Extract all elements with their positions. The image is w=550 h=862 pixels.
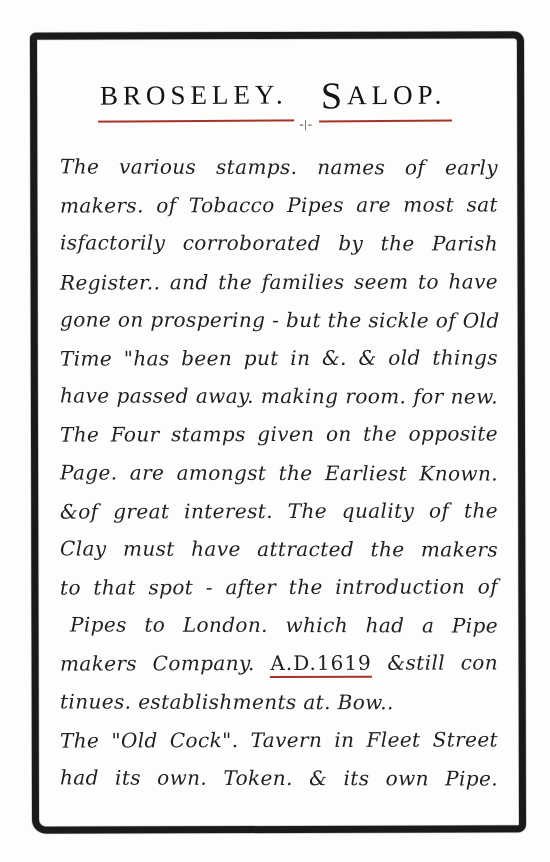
manuscript-line: Clay must have attracted the makers — [60, 531, 498, 570]
manuscript-line: makers Company. A.D.1619 &still con — [60, 646, 498, 685]
manuscript-body: The various stamps. names of early maker… — [60, 150, 498, 799]
manuscript-line: had its own. Token. & its own Pipe. — [60, 760, 498, 799]
page-title: BROSELEY.-|-SALOP. — [0, 80, 550, 132]
manuscript-line: The various stamps. names of early — [60, 149, 498, 188]
manuscript-line: gone on prospering - but the sickle of O… — [60, 302, 498, 341]
manuscript-line: Page. are amongst the Earliest Known. — [60, 455, 498, 494]
title-text: ALOP. — [347, 80, 446, 111]
title-word-broseley: BROSELEY. — [98, 79, 294, 122]
manuscript-line: Pipes to London. which had a Pipe — [60, 608, 498, 647]
manuscript-line: The "Old Cock". Tavern in Fleet Street — [60, 722, 498, 761]
manuscript-line: to that spot - after the introduction of — [60, 569, 498, 608]
red-underlined-date: A.D.1619 — [270, 651, 371, 678]
manuscript-line: makers. of Tobacco Pipes are most sat — [60, 188, 498, 227]
scanned-manuscript-page: BROSELEY.-|-SALOP. The various stamps. n… — [0, 0, 550, 862]
manuscript-line: Register.. and the families seem to have — [60, 264, 498, 303]
line-text: makers Company. — [60, 651, 270, 676]
manuscript-line: isfactorily corroborated by the Parish — [60, 226, 498, 265]
manuscript-line: have passed away. making room. for new. — [60, 379, 498, 418]
title-separator-mark: -|- — [299, 117, 312, 132]
line-text: &still con — [372, 651, 498, 675]
title-word-salop: SALOP. — [319, 80, 453, 123]
manuscript-line: The Four stamps given on the opposite — [60, 417, 498, 456]
manuscript-line: Time "has been put in &. & old things — [60, 340, 498, 379]
title-initial-letter: S — [321, 75, 347, 117]
title-text: BROSELEY. — [100, 79, 288, 110]
manuscript-line: tinues. establishments at. Bow.. — [60, 684, 498, 723]
manuscript-line: &of great interest. The quality of the — [60, 493, 498, 532]
